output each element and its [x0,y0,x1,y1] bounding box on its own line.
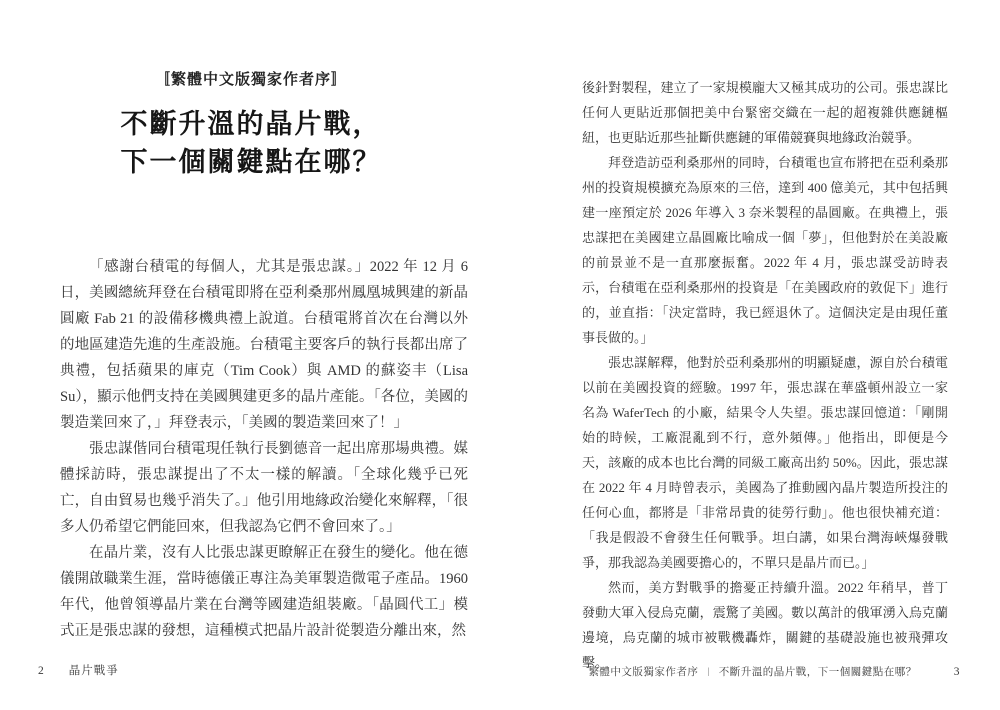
chapter-title: 不斷升溫的晶片戰， 下一個關鍵點在哪？ [60,105,442,181]
chapter-header: 〚繁體中文版獨家作者序〛 不斷升溫的晶片戰， 下一個關鍵點在哪？ [60,68,442,181]
paragraph: 張忠謀偕同台積電現任執行長劉德音一起出席那場典禮。媒體採訪時，張忠謀提出了不太一… [60,436,468,540]
book-spread: 〚繁體中文版獨家作者序〛 不斷升溫的晶片戰， 下一個關鍵點在哪？ 「感謝台積電的… [0,0,1000,710]
paragraph: 然而，美方對戰爭的擔憂正持續升溫。2022 年稍早，普丁發動大軍入侵烏克蘭，震驚… [582,575,948,675]
running-header-separator: | [707,666,709,676]
section-label: 〚繁體中文版獨家作者序〛 [60,68,442,89]
paragraph: 張忠謀解釋，他對於亞利桑那州的明顯疑慮，源自於台積電以前在美國投資的經驗。199… [582,350,948,575]
page-number-right: 3 [954,666,960,678]
paragraph: 後針對製程，建立了一家規模龐大又極其成功的公司。張忠謀比任何人更貼近那個把美中台… [582,75,948,150]
left-page-body: 「感謝台積電的每個人，尤其是張忠謀。」2022 年 12 月 6 日，美國總統拜… [60,254,468,644]
book-title: 晶片戰爭 [69,662,119,678]
paragraph: 拜登造訪亞利桑那州的同時，台積電也宣布將把在亞利桑那州的投資規模擴充為原來的三倍… [582,150,948,350]
footer-left: 2 晶片戰爭 [38,662,119,678]
paragraph: 「感謝台積電的每個人，尤其是張忠謀。」2022 年 12 月 6 日，美國總統拜… [60,254,468,436]
chapter-title-line1: 不斷升溫的晶片戰， [60,105,442,143]
page-number-left: 2 [38,665,45,677]
chapter-title-line2: 下一個關鍵點在哪？ [60,143,442,181]
paragraph: 在晶片業，沒有人比張忠謀更瞭解正在發生的變化。他在德儀開啟職業生涯，當時德儀正專… [60,540,468,644]
running-header-chapter: 不斷升溫的晶片戰，下一個關鍵點在哪？ [719,664,917,679]
right-page-body: 後針對製程，建立了一家規模龐大又極其成功的公司。張忠謀比任何人更貼近那個把美中台… [582,75,948,675]
running-header-section: 繁體中文版獨家作者序 [588,664,698,679]
footer-right: 繁體中文版獨家作者序 | 不斷升溫的晶片戰，下一個關鍵點在哪？ 3 [588,664,960,679]
